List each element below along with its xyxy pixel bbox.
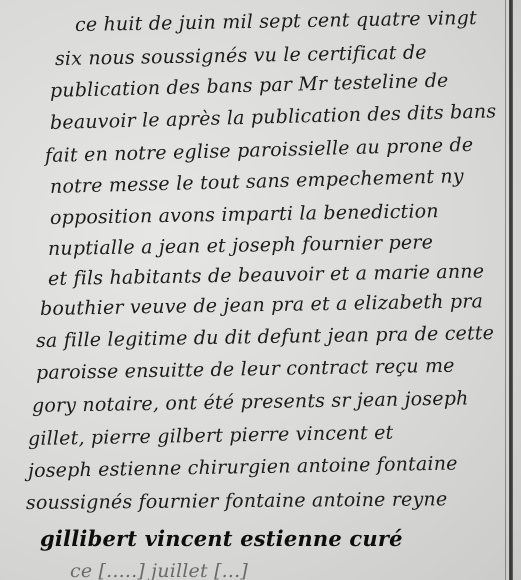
text-line: et fils habitants de beauvoir et a marie… <box>48 260 485 290</box>
text-line-partial: ce [.....] juillet [...] <box>70 560 248 580</box>
text-line: sa fille legitime du dit defunt jean pra… <box>36 322 495 352</box>
text-line: bouthier veuve de jean pra et a elizabet… <box>40 290 483 320</box>
signature-line: gillibert vincent estienne curé <box>40 526 403 551</box>
text-line: six nous soussignés vu le certificat de <box>55 42 427 70</box>
text-line: beauvoir le après la publication des dit… <box>50 100 497 134</box>
handwritten-text: ce huit de juin mil sept cent quatre vin… <box>0 0 521 580</box>
text-line: gillet, pierre gilbert pierre vincent et <box>28 422 394 450</box>
text-line: nuptialle a jean et joseph fournier pere <box>48 231 433 260</box>
text-line: publication des bans par Mr testeline de <box>50 70 449 102</box>
text-line: gory notaire, ont été presents sr jean j… <box>32 387 469 417</box>
text-line: joseph estienne chirurgien antoine fonta… <box>28 453 458 482</box>
signature-line: soussignés fournier fontaine antoine rey… <box>26 488 448 514</box>
document-page: ce huit de juin mil sept cent quatre vin… <box>0 0 521 580</box>
text-line: notre messe le tout sans empechement ny <box>50 165 464 198</box>
text-line: paroisse ensuitte de leur contract reçu … <box>36 355 455 384</box>
text-line: fait en notre eglise paroissielle au pro… <box>45 134 474 167</box>
text-line: opposition avons imparti la benediction <box>50 200 439 229</box>
text-line: ce huit de juin mil sept cent quatre vin… <box>75 7 477 36</box>
